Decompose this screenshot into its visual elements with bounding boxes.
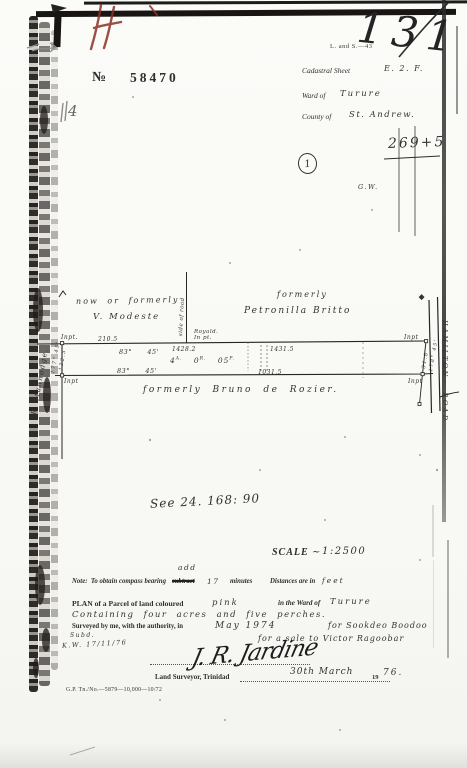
area-perches-unit: P. — [229, 357, 235, 362]
neighbor-top-right-line1: formerly — [277, 290, 328, 299]
corner-label-bl: Inpt — [64, 378, 79, 385]
neighbor-top-left-line1: now or formerly — [76, 295, 180, 306]
containing-line: Containing four acres and five perches. — [72, 610, 326, 620]
date-dotted-line — [240, 680, 390, 682]
parcel-area: 4A. 0R. 05P. — [170, 356, 235, 365]
subd-annotation: Subd. — [70, 632, 95, 639]
bearing-bottom: 83° 45' — [117, 367, 157, 375]
corner-label-tl: Inpt. — [61, 334, 78, 341]
corner-label-br: Inpt — [408, 378, 423, 385]
road-name: HAMILTON ROAD — [441, 320, 449, 415]
ward-of-label: in the Ward of — [278, 599, 320, 607]
arrow-mark — [51, 4, 67, 13]
signed-date-day-month: 30th March — [290, 667, 353, 677]
mid-point-label: Royald. In pt. — [194, 329, 218, 341]
neighbor-top-left-line2: V. Modeste — [93, 312, 160, 322]
note-minutes-value: 17 — [207, 577, 220, 586]
area-perches: 05 — [218, 356, 230, 365]
surveyed-by-print: Surveyed by me, with the authority, in — [72, 623, 183, 630]
corner-post-squares — [61, 340, 428, 406]
scale-approx-mark: ~ — [312, 547, 322, 558]
ward-label: Ward of — [302, 91, 325, 100]
county-value: St. Andrew. — [349, 110, 415, 120]
survey-date: May 1974 — [215, 621, 276, 631]
print-code: G.P. Tn./No.—5879—10,000—10/72 — [66, 687, 162, 693]
distance-1031: 1031.5 — [258, 369, 282, 376]
neighbor-top-right-line2: Petronilla Britto — [244, 306, 351, 316]
distance-1428: 1428.2 — [172, 346, 196, 353]
note-minutes-label: minutes — [230, 578, 252, 585]
circled-number-value: 1 — [304, 159, 312, 171]
distance-1431: 1431.5 — [270, 346, 294, 353]
scale-label: SCALE — [272, 547, 309, 558]
cadastral-sheet-value: E. 2. F. — [384, 64, 424, 73]
pencil-number: 4 — [68, 102, 79, 120]
note-struck-word: subtract — [172, 578, 195, 585]
margin-number: 269+5 — [388, 134, 446, 152]
scale-value: 1:2500 — [322, 546, 366, 557]
red-pencil-marks — [91, 5, 157, 49]
surveyor-title-label: Land Surveyor, Trinidad — [155, 673, 229, 681]
pencil-squiggle — [27, 43, 56, 52]
cadastral-sheet-label: Cadastral Sheet — [302, 66, 350, 75]
add-annotation: add — [178, 563, 197, 572]
plan-statement-print: PLAN of a Parcel of land coloured — [72, 599, 184, 608]
plan-number-symbol: № — [92, 70, 107, 86]
bearing-top: 83° 45' — [119, 348, 159, 356]
neighbor-bottom: formerly Bruno de Rozier. — [143, 385, 339, 395]
county-label: County of — [302, 112, 331, 121]
note-distances-label: Distances are in — [270, 578, 315, 585]
ward-of-value: Turure — [330, 597, 372, 607]
signed-date-year-hand: 76. — [383, 668, 403, 678]
area-acres-unit: A. — [176, 357, 183, 362]
scanned-survey-plan: L. and S.—43 131 № 58470 Cadastral Sheet… — [0, 0, 467, 768]
mid-point-line2: In pt. — [194, 335, 218, 341]
ward-value: Turure — [340, 89, 382, 99]
area-roods-unit: R. — [200, 357, 207, 362]
diamond-mark — [419, 294, 425, 300]
plan-number: 58470 — [130, 70, 179, 86]
corner-label-tr: Inpt — [404, 334, 419, 341]
parcel-colour: pink — [212, 598, 239, 608]
signed-date-year-print: 19 — [372, 674, 379, 681]
note-distances-value: feet — [322, 576, 345, 585]
pencil-4-strokes — [61, 101, 67, 122]
gw-initials: G.W. — [358, 183, 379, 191]
note-prefix: Note: To obtain compass bearing — [72, 578, 166, 585]
distance-210: 210.5 — [98, 336, 118, 343]
bottom-faint-scratch — [70, 747, 95, 755]
client-name: for Sookdeo Boodoo — [328, 621, 428, 630]
